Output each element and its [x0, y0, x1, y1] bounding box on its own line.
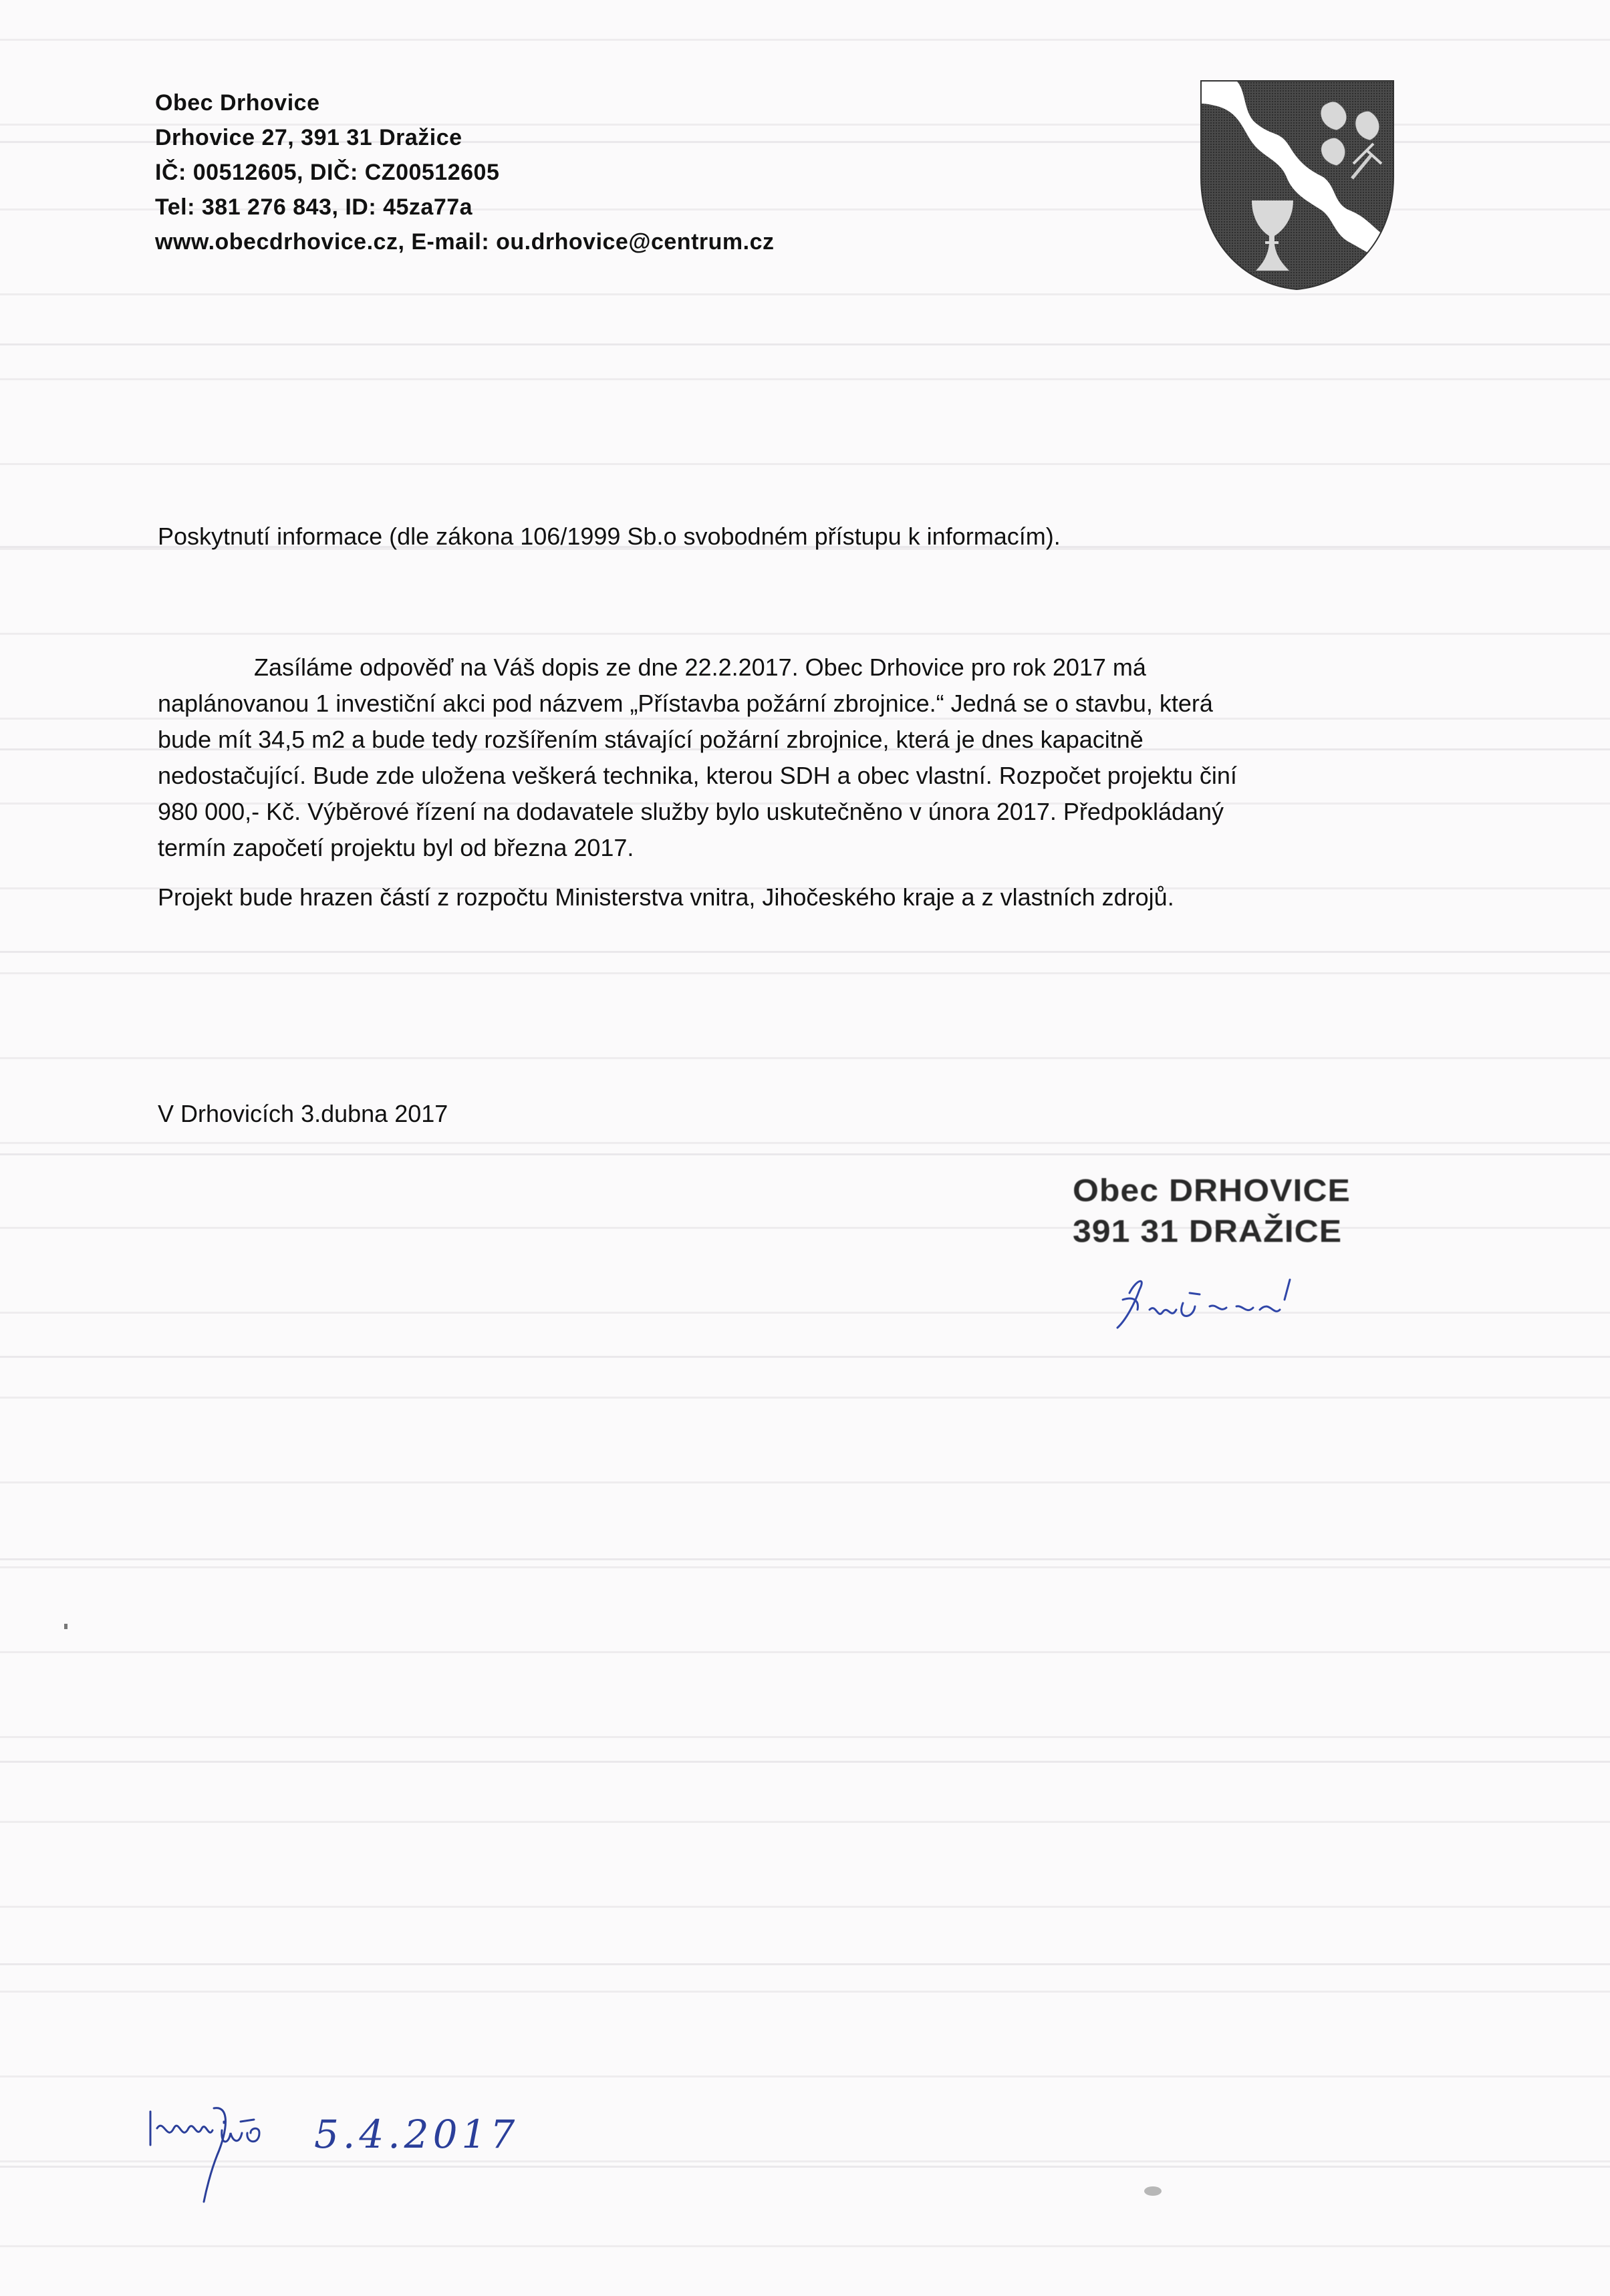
- official-stamp: Obec DRHOVICE 391 31 DRAŽICE: [1073, 1170, 1351, 1252]
- body-line: termín započetí projektu byl od března 2…: [61, 830, 1401, 866]
- stamp-line-2: 391 31 DRAŽICE: [1073, 1211, 1351, 1252]
- received-date-note: 5.4.2017: [314, 2112, 519, 2157]
- sender-name: Obec Drhovice: [155, 86, 774, 120]
- sender-address: Drhovice 27, 391 31 Dražice: [155, 120, 774, 155]
- letter-body: Zasíláme odpověď na Váš dopis ze dne 22.…: [158, 650, 1401, 915]
- body-paragraph-1: Zasíláme odpověď na Váš dopis ze dne 22.…: [158, 650, 1401, 866]
- sender-ids: IČ: 00512605, DIČ: CZ00512605: [155, 155, 774, 190]
- body-line: Zasíláme odpověď na Váš dopis ze dne 22.…: [158, 650, 1401, 686]
- stamp-line-1: Obec DRHOVICE: [1073, 1170, 1351, 1211]
- letter-subject: Poskytnutí informace (dle zákona 106/199…: [158, 523, 1061, 551]
- scan-artifacts: [0, 0, 1610, 2296]
- scan-mark: [64, 1624, 68, 1629]
- body-line: nedostačující. Bude zde uložena veškerá …: [61, 758, 1401, 794]
- letterhead: Obec Drhovice Drhovice 27, 391 31 Dražic…: [155, 86, 774, 259]
- body-line: naplánovanou 1 investiční akci pod názve…: [61, 686, 1401, 722]
- body-line: 980 000,- Kč. Výběrové řízení na dodavat…: [61, 794, 1401, 830]
- body-paragraph-2: Projekt bude hrazen částí z rozpočtu Min…: [158, 879, 1401, 915]
- sender-phone-id: Tel: 381 276 843, ID: 45za77a: [155, 190, 774, 225]
- sender-web-email: www.obecdrhovice.cz, E-mail: ou.drhovice…: [155, 225, 774, 259]
- body-line: bude mít 34,5 m2 a bude tedy rozšířením …: [61, 722, 1401, 758]
- coat-of-arms-icon: [1200, 77, 1400, 291]
- handwritten-signature-icon: [1109, 1273, 1337, 1333]
- scan-speck: [1144, 2186, 1162, 2196]
- place-and-date: V Drhovicích 3.dubna 2017: [158, 1100, 448, 1128]
